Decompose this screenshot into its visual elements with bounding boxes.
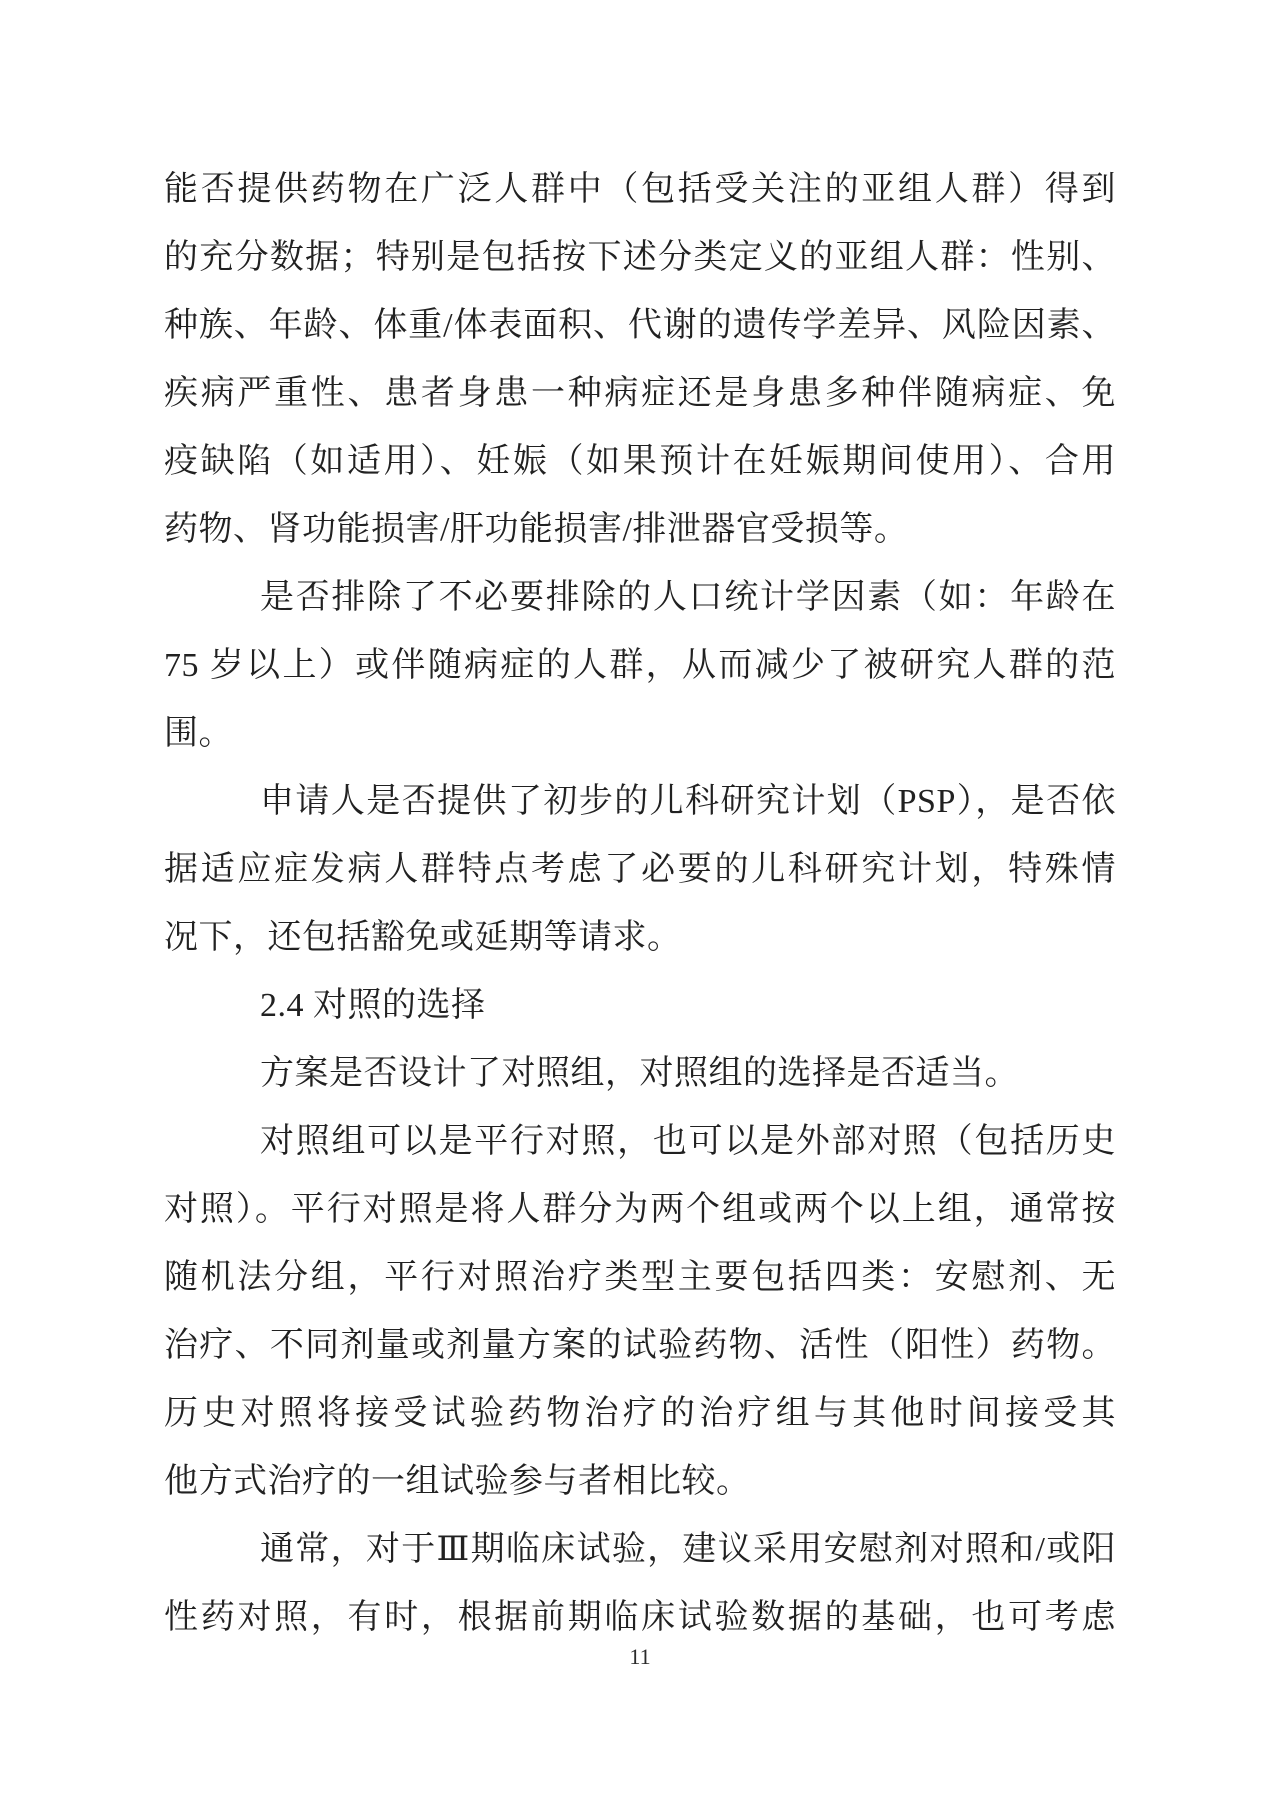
text-line: 对照）。平行对照是将人群分为两个组或两个以上组，通常按 [164,1176,1116,1244]
text-line: 是否排除了不必要排除的人口统计学因素（如：年龄在 [164,564,1116,632]
paragraph-subgroup-populations: 能否提供药物在广泛人群中（包括受关注的亚组人群）得到的充分数据；特别是包括按下述… [164,156,1116,564]
text-line: 况下，还包括豁免或延期等请求。 [164,904,1116,972]
document-body: 能否提供药物在广泛人群中（包括受关注的亚组人群）得到的充分数据；特别是包括按下述… [164,156,1116,1652]
text-line: 通常，对于Ⅲ期临床试验，建议采用安慰剂对照和/或阳 [164,1516,1116,1584]
text-line: 申请人是否提供了初步的儿科研究计划（PSP），是否依 [164,768,1116,836]
paragraph-demographic-exclusion: 是否排除了不必要排除的人口统计学因素（如：年龄在75 岁以上）或伴随病症的人群，… [164,564,1116,768]
text-line: 据适应症发病人群特点考虑了必要的儿科研究计划，特殊情 [164,836,1116,904]
page-number: 11 [0,1644,1280,1670]
text-line: 治疗、不同剂量或剂量方案的试验药物、活性（阳性）药物。 [164,1312,1116,1380]
text-line: 的充分数据；特别是包括按下述分类定义的亚组人群：性别、 [164,224,1116,292]
text-line: 药物、肾功能损害/肝功能损害/排泄器官受损等。 [164,496,1116,564]
text-line: 疾病严重性、患者身患一种病症还是身患多种伴随病症、免 [164,360,1116,428]
text-line: 历史对照将接受试验药物治疗的治疗组与其他时间接受其 [164,1380,1116,1448]
text-line: 疫缺陷（如适用）、妊娠（如果预计在妊娠期间使用）、合用 [164,428,1116,496]
paragraph-control-types: 对照组可以是平行对照，也可以是外部对照（包括历史对照）。平行对照是将人群分为两个… [164,1108,1116,1516]
text-line: 随机法分组，平行对照治疗类型主要包括四类：安慰剂、无 [164,1244,1116,1312]
text-line: 他方式治疗的一组试验参与者相比较。 [164,1448,1116,1516]
text-line: 性药对照，有时，根据前期临床试验数据的基础，也可考虑 [164,1584,1116,1652]
paragraph-phase-iii-controls: 通常，对于Ⅲ期临床试验，建议采用安慰剂对照和/或阳性药对照，有时，根据前期临床试… [164,1516,1116,1652]
text-line: 方案是否设计了对照组，对照组的选择是否适当。 [164,1040,1116,1108]
text-line: 75 岁以上）或伴随病症的人群，从而减少了被研究人群的范 [164,632,1116,700]
heading-2-4-control-selection: 2.4 对照的选择 [164,972,1116,1040]
document-page: 能否提供药物在广泛人群中（包括受关注的亚组人群）得到的充分数据；特别是包括按下述… [0,0,1280,1810]
text-line: 种族、年龄、体重/体表面积、代谢的遗传学差异、风险因素、 [164,292,1116,360]
text-line: 能否提供药物在广泛人群中（包括受关注的亚组人群）得到 [164,156,1116,224]
text-line: 对照组可以是平行对照，也可以是外部对照（包括历史 [164,1108,1116,1176]
paragraph-pediatric-study-plan: 申请人是否提供了初步的儿科研究计划（PSP），是否依据适应症发病人群特点考虑了必… [164,768,1116,972]
paragraph-control-group-design: 方案是否设计了对照组，对照组的选择是否适当。 [164,1040,1116,1108]
text-line: 围。 [164,700,1116,768]
text-line: 2.4 对照的选择 [164,972,1116,1040]
